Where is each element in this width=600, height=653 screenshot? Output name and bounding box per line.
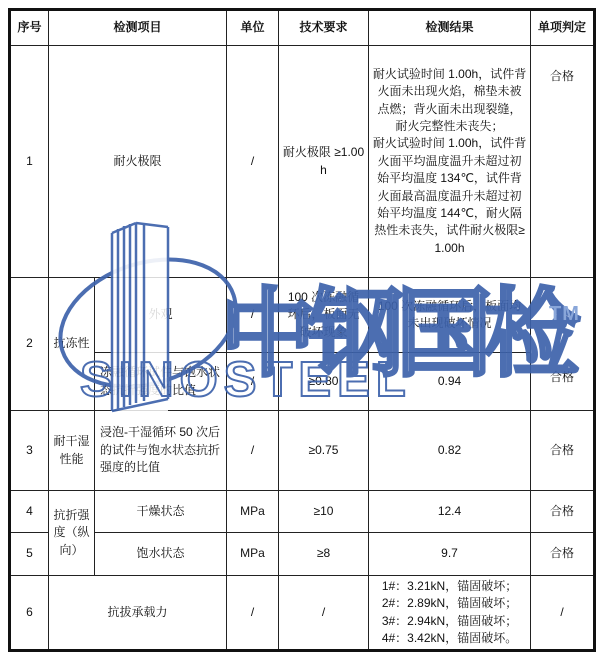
row1-unit: / xyxy=(227,46,279,278)
row5-unit: MPa xyxy=(227,533,279,576)
row6-verdict: / xyxy=(531,576,595,651)
row5-verdict: 合格 xyxy=(531,533,595,576)
row3-unit: / xyxy=(227,411,279,491)
row6-result: 1#：3.21kN，锚固破坏； 2#：2.89kN，锚固破坏； 3#：2.94k… xyxy=(369,576,531,651)
row3-requirement: ≥0.75 xyxy=(279,411,369,491)
row3-result: 0.82 xyxy=(369,411,531,491)
row2b-result: 0.94 xyxy=(369,353,531,411)
row1-requirement: 耐火极限 ≥1.00h xyxy=(279,46,369,278)
row2b-unit: / xyxy=(227,353,279,411)
row6-result-line: 2#：2.89kN，锚固破坏； xyxy=(372,595,527,612)
row5-item: 饱水状态 xyxy=(95,533,227,576)
table-row: 冻融循环试件与饱水状态抗折强度的比值 / ≥0.80 0.94 xyxy=(10,353,595,411)
row2-group: 抗冻性 xyxy=(49,278,95,411)
row4-requirement: ≥10 xyxy=(279,491,369,533)
row2-seq: 2 xyxy=(10,278,49,411)
test-report-table: 序号 检测项目 单位 技术要求 检测结果 单项判定 1 耐火极限 / 耐火极限 … xyxy=(8,8,596,652)
col-header-seq: 序号 xyxy=(10,10,49,46)
table-row: 4 抗折强度（纵向） 干燥状态 MPa ≥10 12.4 合格 xyxy=(10,491,595,533)
row4-seq: 4 xyxy=(10,491,49,533)
row4-unit: MPa xyxy=(227,491,279,533)
table-row: 3 耐干湿性能 浸泡-干湿循环 50 次后的试件与饱水状态抗折强度的比值 / ≥… xyxy=(10,411,595,491)
table-row: 2 抗冻性 外观 / 100 次冻融循环后，板面无破坏现象 100 次冻融循环后… xyxy=(10,278,595,353)
row1-item: 耐火极限 xyxy=(49,46,227,278)
row6-seq: 6 xyxy=(10,576,49,651)
row3-seq: 3 xyxy=(10,411,49,491)
header-row: 序号 检测项目 单位 技术要求 检测结果 单项判定 xyxy=(10,10,595,46)
row2a-unit: / xyxy=(227,278,279,353)
row1-seq: 1 xyxy=(10,46,49,278)
col-header-requirement: 技术要求 xyxy=(279,10,369,46)
row6-result-line: 3#：2.94kN，锚固破坏； xyxy=(372,613,527,630)
row6-result-line: 4#：3.42kN，锚固破坏。 xyxy=(372,630,527,647)
row2b-item: 冻融循环试件与饱水状态抗折强度的比值 xyxy=(95,353,227,411)
row1-result: 耐火试验时间 1.00h，试件背火面未出现火焰，棉垫未被点燃；背火面未出现裂缝，… xyxy=(369,46,531,278)
row1-result-paragraph: 耐火试验时间 1.00h，试件背火面平均温度温升未超过初始平均温度 134℃，试… xyxy=(372,135,527,257)
col-header-result: 检测结果 xyxy=(369,10,531,46)
row3-verdict: 合格 xyxy=(531,411,595,491)
row4-result: 12.4 xyxy=(369,491,531,533)
row6-requirement: / xyxy=(279,576,369,651)
row45-group: 抗折强度（纵向） xyxy=(49,491,95,576)
table-row: 5 饱水状态 MPa ≥8 9.7 合格 xyxy=(10,533,595,576)
row6-item: 抗拔承载力 xyxy=(49,576,227,651)
row4-item: 干燥状态 xyxy=(95,491,227,533)
row2-verdict: 合格 xyxy=(531,278,595,411)
col-header-item: 检测项目 xyxy=(49,10,227,46)
row1-result-paragraph: 耐火试验时间 1.00h，试件背火面未出现火焰，棉垫未被点燃；背火面未出现裂缝，… xyxy=(372,66,527,136)
row5-result: 9.7 xyxy=(369,533,531,576)
row4-verdict: 合格 xyxy=(531,491,595,533)
row5-requirement: ≥8 xyxy=(279,533,369,576)
row6-result-line: 1#：3.21kN，锚固破坏； xyxy=(372,578,527,595)
row6-unit: / xyxy=(227,576,279,651)
row3-group: 耐干湿性能 xyxy=(49,411,95,491)
table-row: 6 抗拔承载力 / / 1#：3.21kN，锚固破坏； 2#：2.89kN，锚固… xyxy=(10,576,595,651)
col-header-verdict: 单项判定 xyxy=(531,10,595,46)
row2b-requirement: ≥0.80 xyxy=(279,353,369,411)
table-row: 1 耐火极限 / 耐火极限 ≥1.00h 耐火试验时间 1.00h，试件背火面未… xyxy=(10,46,595,278)
row5-seq: 5 xyxy=(10,533,49,576)
row1-verdict: 合格 xyxy=(531,46,595,278)
col-header-unit: 单位 xyxy=(227,10,279,46)
row2a-item: 外观 xyxy=(95,278,227,353)
row2a-result: 100 次冻融循环后，板面均未出现破坏情况 xyxy=(369,278,531,353)
row2a-requirement: 100 次冻融循环后，板面无破坏现象 xyxy=(279,278,369,353)
test-report-table-wrapper: 序号 检测项目 单位 技术要求 检测结果 单项判定 1 耐火极限 / 耐火极限 … xyxy=(8,8,596,652)
row3-item: 浸泡-干湿循环 50 次后的试件与饱水状态抗折强度的比值 xyxy=(95,411,227,491)
